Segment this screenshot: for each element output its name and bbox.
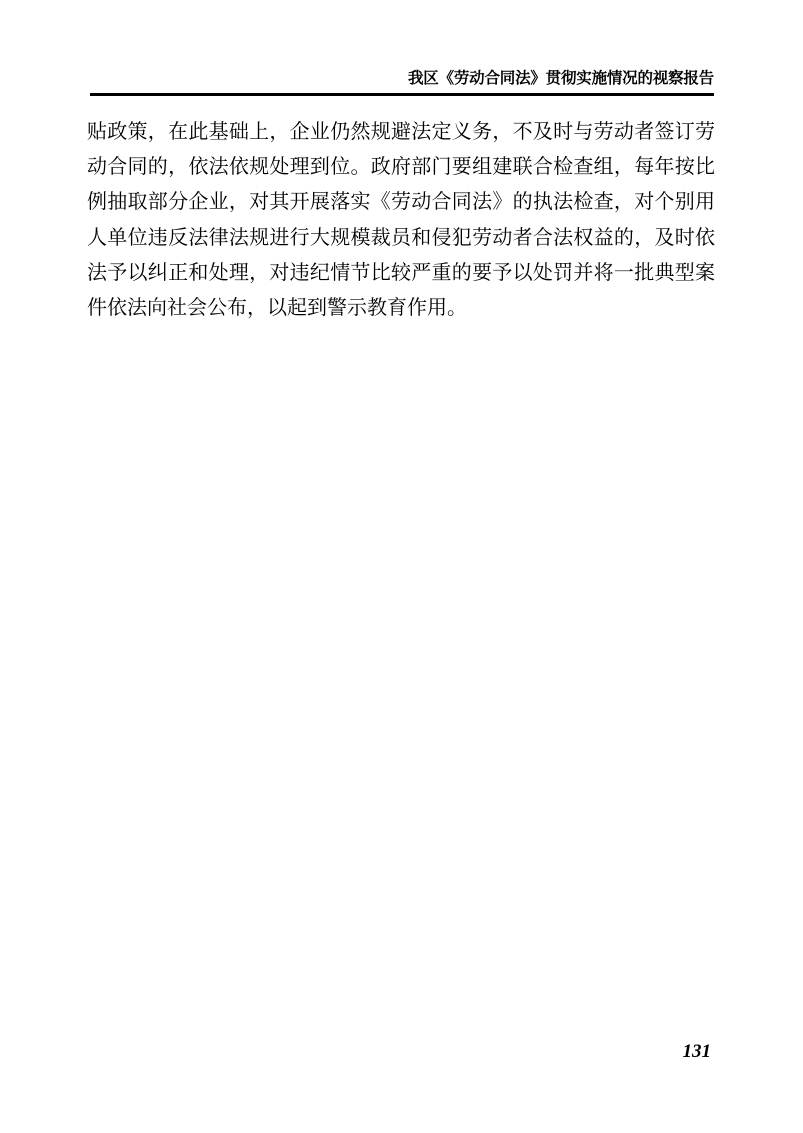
paragraph-line: 例抽取部分企业，对其开展落实《劳动合同法》的执法检查，对个别用 — [87, 185, 715, 220]
running-header-title: 我区《劳动合同法》贯彻实施情况的视察报告 — [90, 66, 714, 96]
paragraph-line: 人单位违反法律法规进行大规模裁员和侵犯劳动者合法权益的，及时依 — [87, 221, 715, 256]
paragraph-line: 动合同的，依法依规处理到位。政府部门要组建联合检查组，每年按比 — [87, 150, 715, 185]
paragraph-line: 件依法向社会公布，以起到警示教育作用。 — [87, 291, 715, 326]
body-paragraph: 贴政策，在此基础上，企业仍然规避法定义务，不及时与劳动者签订劳 动合同的，依法依… — [87, 115, 715, 326]
page-number: 131 — [683, 1041, 712, 1063]
document-page: 我区《劳动合同法》贯彻实施情况的视察报告 贴政策，在此基础上，企业仍然规避法定义… — [0, 0, 803, 1133]
paragraph-line: 贴政策，在此基础上，企业仍然规避法定义务，不及时与劳动者签订劳 — [87, 115, 715, 150]
paragraph-line: 法予以纠正和处理，对违纪情节比较严重的要予以处罚并将一批典型案 — [87, 256, 715, 291]
